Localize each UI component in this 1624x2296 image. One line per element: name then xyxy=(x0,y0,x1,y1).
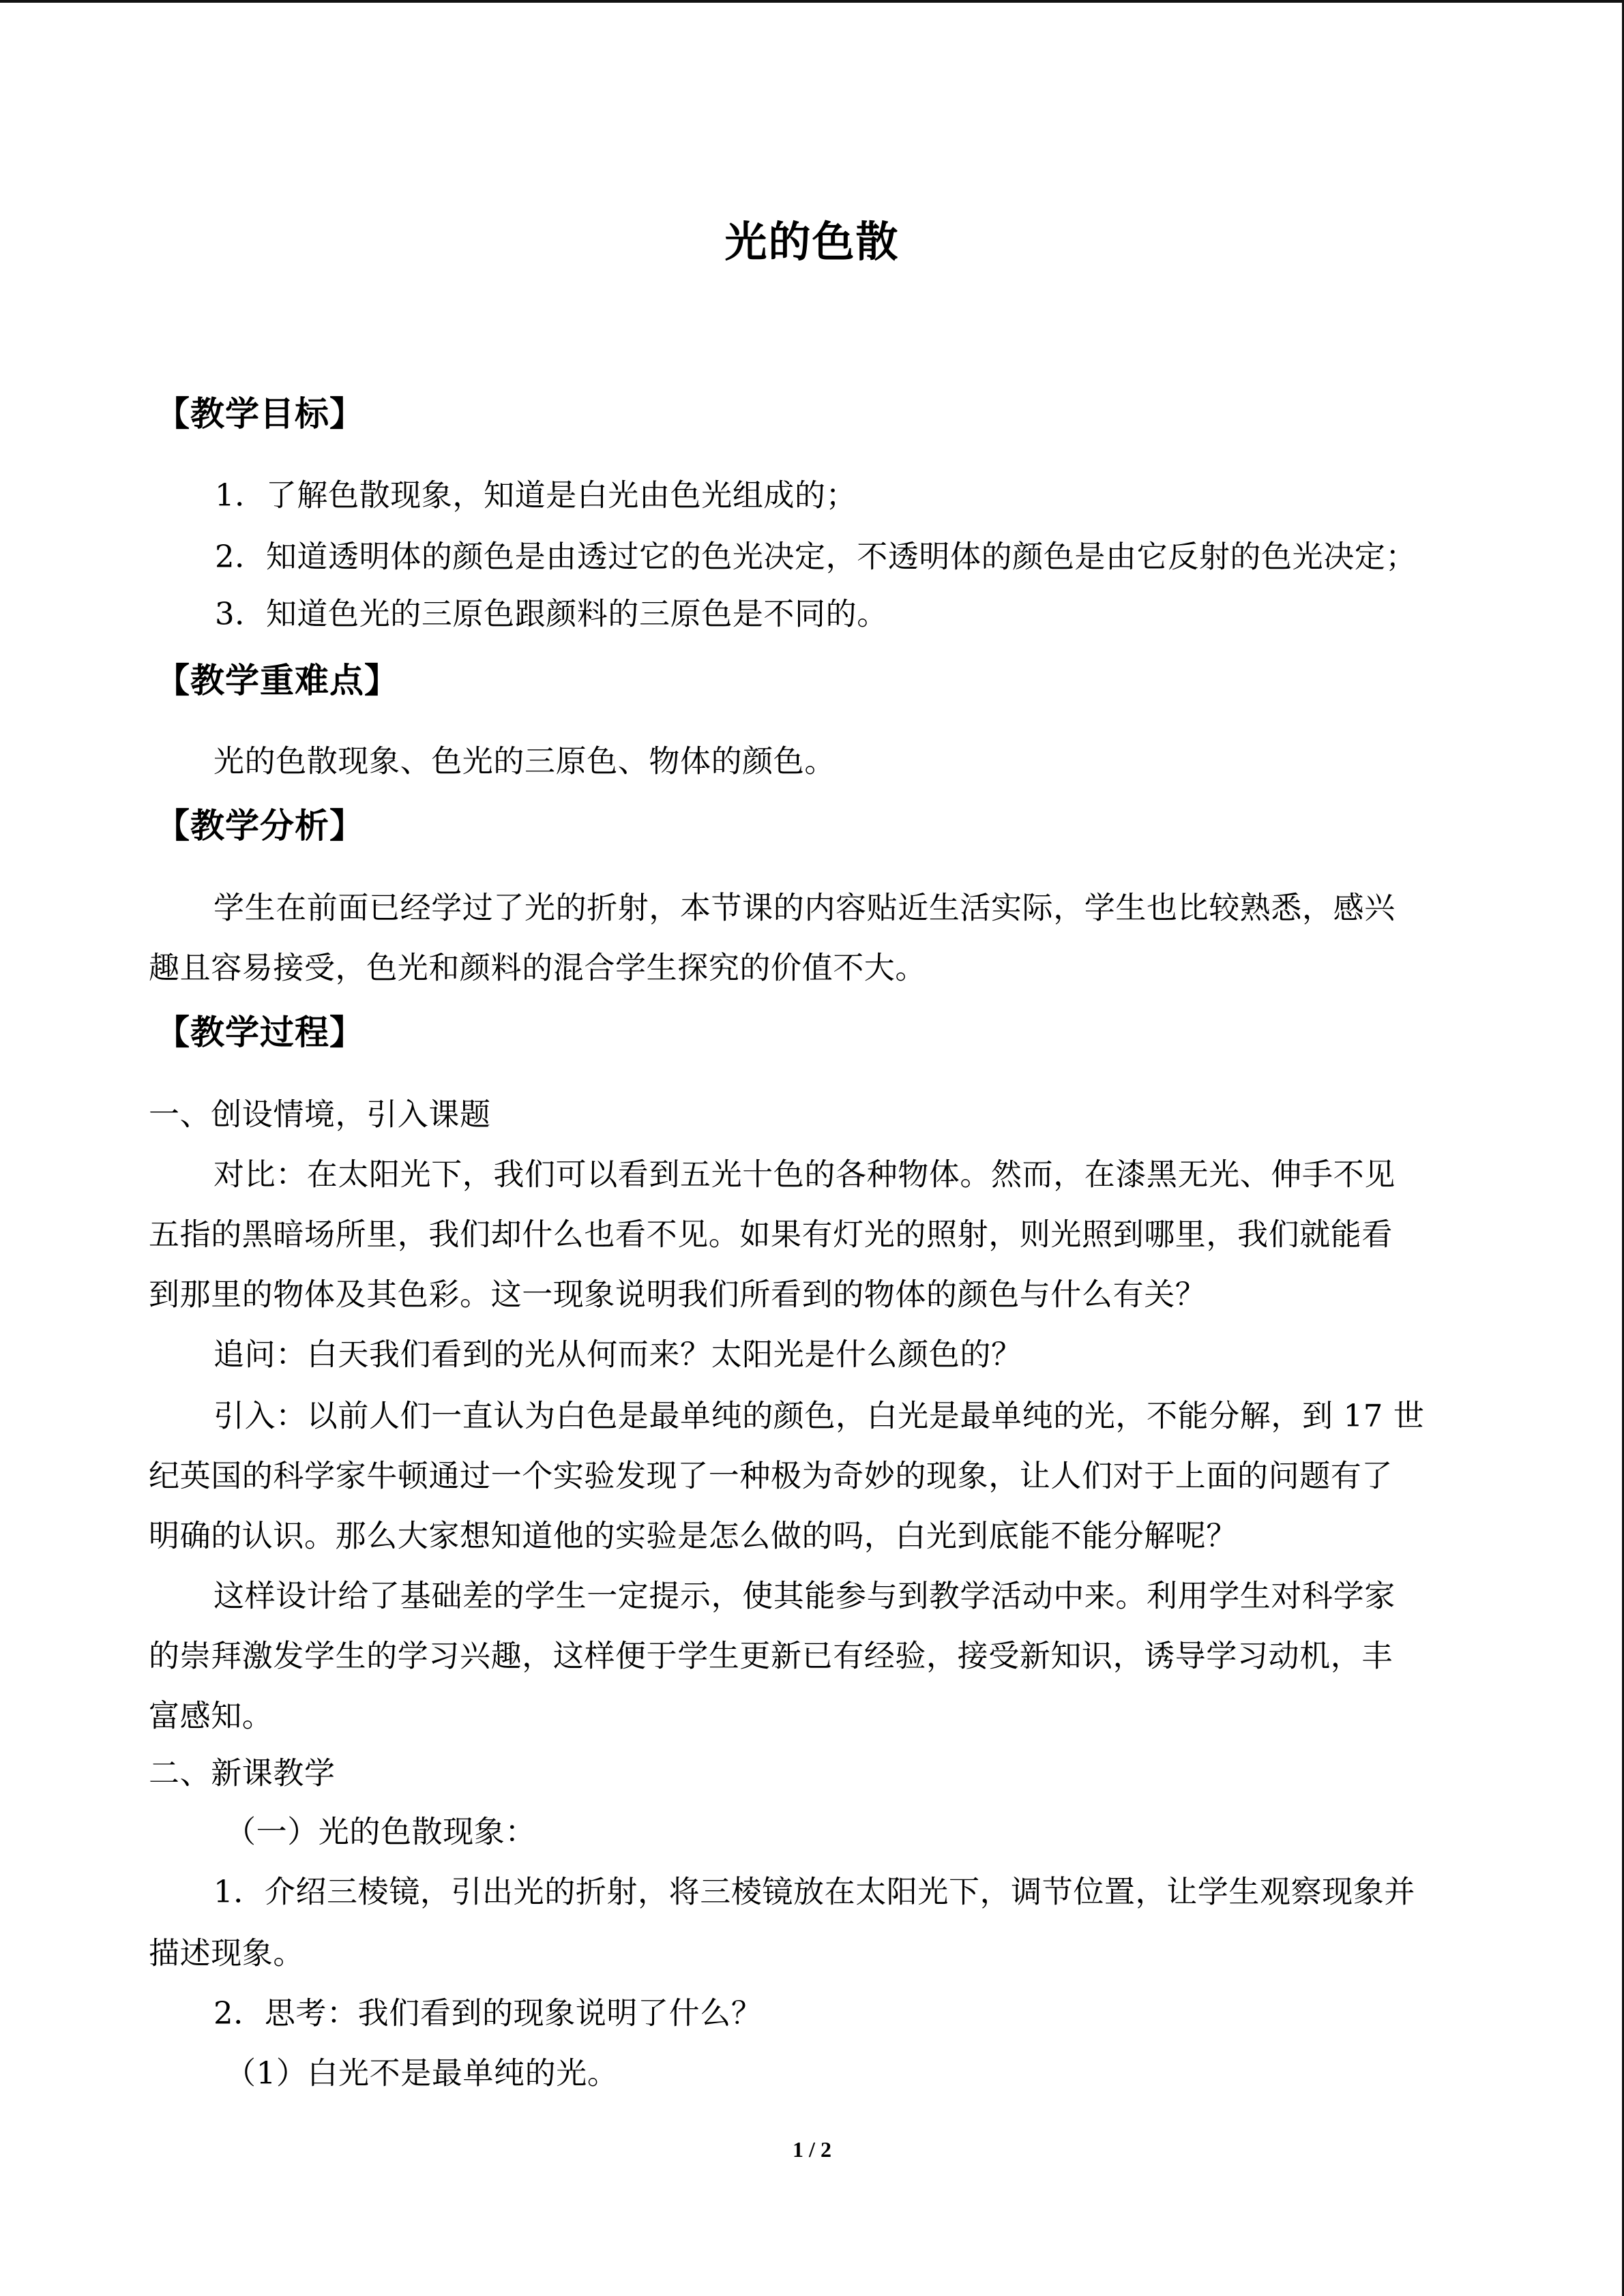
contrast-line-3: 到那里的物体及其色彩。这一现象说明我们所看到的物体的颜色与什么有关？ xyxy=(149,1279,1206,1310)
objective-item-2: 2．知道透明体的颜色是由透过它的色光决定，不透明体的颜色是由它反射的色光决定； xyxy=(215,541,1417,572)
step1-line-1: 1．介绍三棱镜，引出光的折射，将三棱镜放在太阳光下，调节位置，让学生观察现象并 xyxy=(213,1877,1415,1907)
key-points-text: 光的色散现象、色光的三原色、物体的颜色。 xyxy=(213,746,836,777)
process-part1-title: 一、创设情境，引入课题 xyxy=(149,1099,491,1130)
step2-answer-1: （1）白光不是最单纯的光。 xyxy=(225,2058,618,2089)
step2-question: 2．思考：我们看到的现象说明了什么？ xyxy=(213,1998,762,2029)
document-title: 光的色散 xyxy=(0,221,1624,263)
contrast-line-1: 对比：在太阳光下，我们可以看到五光十色的各种物体。然而，在漆黑无光、伸手不见 xyxy=(213,1159,1396,1190)
heading-process: 【教学过程】 xyxy=(156,1015,364,1049)
analysis-line-1: 学生在前面已经学过了光的折射，本节课的内容贴近生活实际，学生也比较熟悉，感兴 xyxy=(213,893,1396,923)
intro-line-3: 明确的认识。那么大家想知道他的实验是怎么做的吗，白光到底能不能分解呢？ xyxy=(149,1521,1237,1551)
analysis-line-2: 趣且容易接受，色光和颜料的混合学生探究的价值不大。 xyxy=(149,953,926,983)
heading-key-points: 【教学重难点】 xyxy=(156,664,399,698)
intro-line-2: 纪英国的科学家牛顿通过一个实验发现了一种极为奇妙的现象，让人们对于上面的问题有了 xyxy=(149,1461,1393,1491)
objective-item-3: 3．知道色光的三原色跟颜料的三原色是不同的。 xyxy=(215,599,888,629)
process-part2-title: 二、新课教学 xyxy=(149,1758,336,1789)
intro-line-1: 引入：以前人们一直认为白色是最单纯的颜色，白光是最单纯的光，不能分解，到 17 … xyxy=(213,1401,1424,1431)
heading-objectives: 【教学目标】 xyxy=(156,397,364,431)
page-number: 1 / 2 xyxy=(0,2138,1624,2160)
design-line-3: 富感知。 xyxy=(149,1701,273,1731)
step1-line-2: 描述现象。 xyxy=(149,1938,304,1969)
subsection-1-title: （一）光的色散现象： xyxy=(225,1817,536,1847)
contrast-line-2: 五指的黑暗场所里，我们却什么也看不见。如果有灯光的照射，则光照到哪里，我们就能看 xyxy=(149,1219,1393,1250)
design-line-2: 的崇拜激发学生的学习兴趣，这样便于学生更新已有经验，接受新知识，诱导学习动机，丰 xyxy=(149,1641,1393,1671)
follow-up-question: 追问：白天我们看到的光从何而来？太阳光是什么颜色的？ xyxy=(213,1339,1022,1370)
objective-item-1: 1．了解色散现象，知道是白光由色光组成的； xyxy=(215,480,857,511)
page-border-top xyxy=(0,0,1624,3)
heading-analysis: 【教学分析】 xyxy=(156,809,364,843)
design-line-1: 这样设计给了基础差的学生一定提示，使其能参与到教学活动中来。利用学生对科学家 xyxy=(213,1581,1396,1611)
